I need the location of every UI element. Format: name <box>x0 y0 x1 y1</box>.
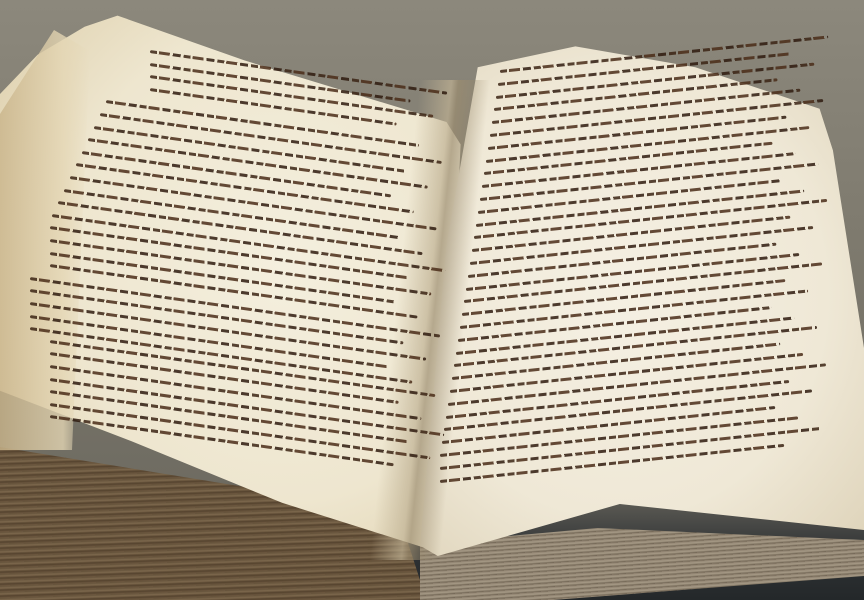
manuscript-photo: Open handwritten manuscript book <box>0 0 864 600</box>
handwritten-line <box>70 176 437 230</box>
handwritten-line <box>64 189 400 239</box>
left-page-handwriting <box>0 0 470 560</box>
handwritten-line <box>100 113 442 164</box>
handwritten-line <box>88 138 428 189</box>
handwritten-line <box>50 415 394 466</box>
subject-label: Open handwritten manuscript book <box>0 0 18 1</box>
handwritten-line <box>50 390 408 443</box>
handwritten-line <box>50 252 395 303</box>
handwritten-line <box>76 163 414 213</box>
right-page-handwriting <box>420 0 864 560</box>
